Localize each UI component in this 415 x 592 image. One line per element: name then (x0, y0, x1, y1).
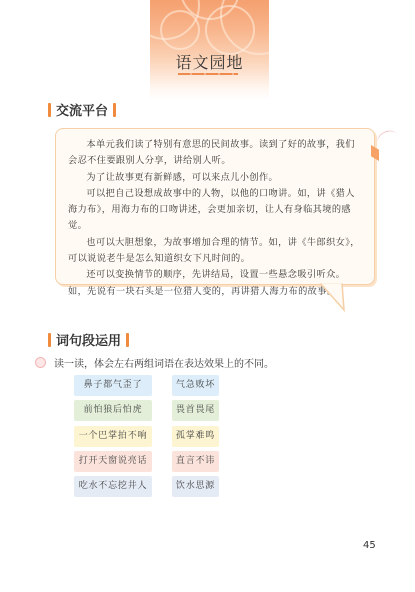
paragraph: 也可以大胆想象，为故事增加合理的情节。如，讲《牛郎织女》，可以说说老牛是怎么知道… (68, 235, 362, 268)
page-number: 45 (363, 540, 376, 551)
decorative-swirl (160, 10, 200, 50)
section-bar-left (48, 333, 51, 347)
section-title-words: 词句段运用 (48, 330, 129, 349)
section-bar-right (113, 103, 116, 117)
phrase-chip-left: 一个巴掌拍不响 (74, 426, 152, 447)
phrase-chip-right: 畏首畏尾 (172, 400, 219, 421)
paragraph: 可以把自己设想成故事中的人物，以他的口吻讲。如，讲《猎人海力布》，用海力布的口吻… (68, 186, 362, 235)
phrase-chip-left: 鼻子都气歪了 (74, 375, 152, 396)
phrase-chip-right: 直言不讳 (172, 451, 219, 472)
section-title-text: 交流平台 (56, 100, 108, 119)
section-bar-left (48, 103, 51, 117)
instruction-text: 读一读，体会左右两组词语在表达效果上的不同。 (54, 355, 274, 370)
phrase-chip-left: 前怕狼后怕虎 (74, 400, 152, 421)
phrase-chip-left: 打开天窗说亮话 (74, 451, 152, 472)
title-underline (178, 73, 238, 75)
section-bar-right (126, 333, 129, 347)
paragraph: 本单元我们读了特别有意思的民间故事。读到了好的故事，我们会忍不住要跟别人分享，讲… (68, 137, 362, 170)
phrase-chip-left: 吃水不忘挖井人 (74, 476, 152, 497)
speech-bubble-tail (320, 283, 360, 323)
decorative-swirl (205, 5, 255, 55)
paragraph: 为了让故事更有新鲜感，可以来点儿小创作。 (68, 170, 362, 186)
header-banner: 语文园地 (150, 0, 269, 100)
section-title-exchange: 交流平台 (48, 100, 116, 119)
phrase-chip-right: 孤掌难鸣 (172, 426, 219, 447)
speech-bubble: 本单元我们读了特别有意思的民间故事。读到了好的故事，我们会忍不住要跟别人分享，讲… (55, 128, 375, 285)
section-title-text: 词句段运用 (56, 330, 121, 349)
phrase-chip-right: 饮水思源 (172, 476, 219, 497)
page-title: 语文园地 (150, 50, 269, 73)
exercise-instruction: 读一读，体会左右两组词语在表达效果上的不同。 (35, 355, 274, 370)
tag-string-icon (374, 127, 402, 153)
exercise-number-icon (35, 357, 46, 368)
phrase-chip-right: 气急败坏 (172, 375, 219, 396)
paragraph: 还可以变换情节的顺序，先讲结局，设置一些悬念吸引听众。如，先说有一块石头是一位猎… (68, 267, 362, 300)
